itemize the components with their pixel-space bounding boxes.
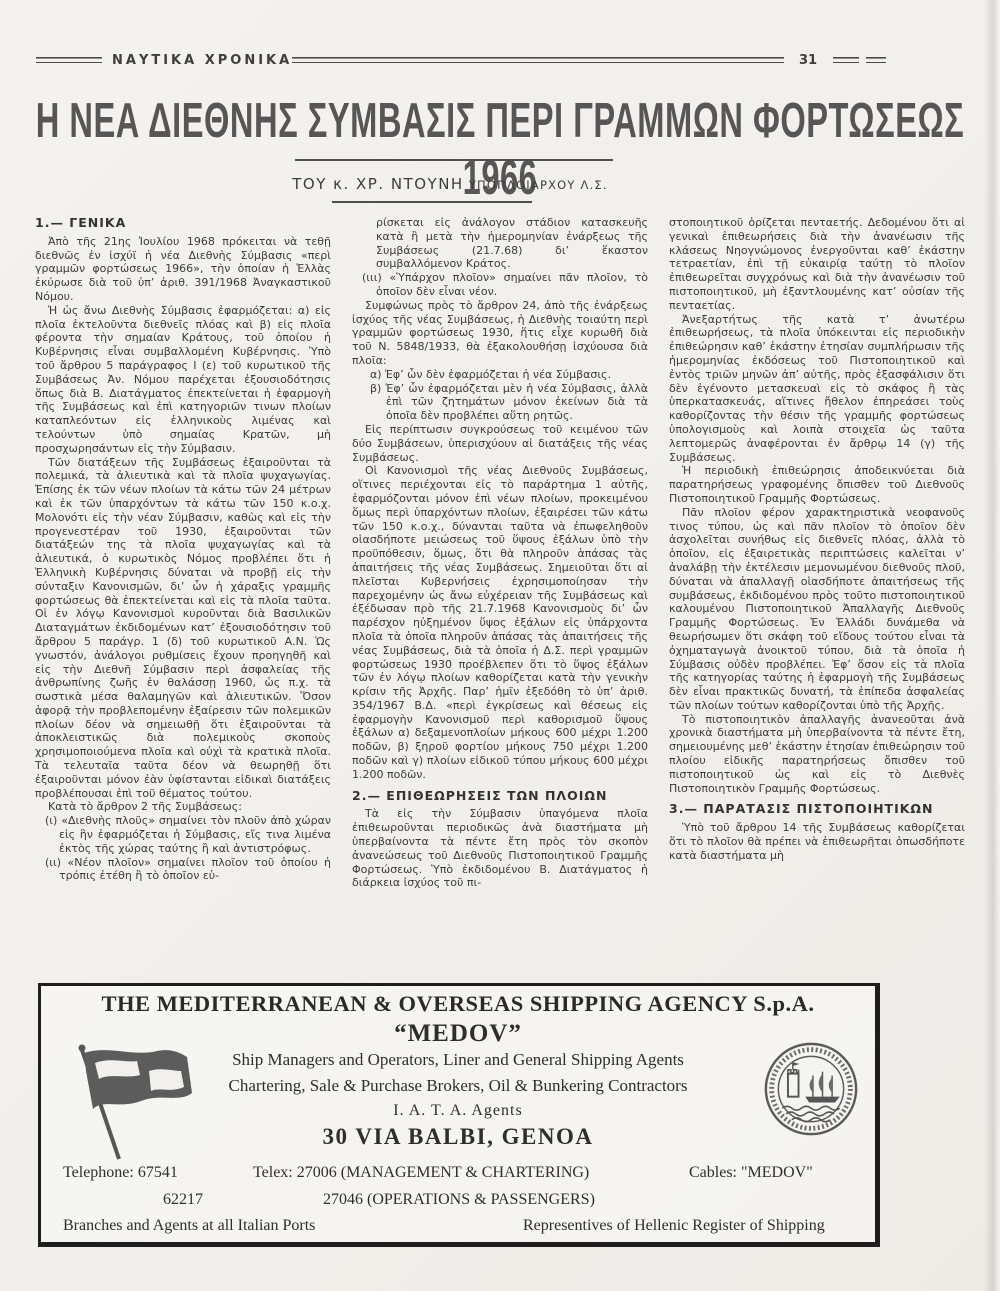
telex-block: Telex: 27006 (MANAGEMENT & CHARTERING) <box>253 1164 589 1182</box>
section-heading: 3.— ΠΑΡΑΤΑΣΙΣ ΠΙΣΤΟΠΟΙΗΤΙΚΩΝ <box>669 802 965 816</box>
telex-number-2: 27046 (OPERATIONS & PASSENGERS) <box>323 1191 595 1209</box>
section-heading: 2.— ΕΠΙΘΕΩΡΗΣΕΙΣ ΤΩΝ ΠΛΟΙΩΝ <box>352 789 648 803</box>
medov-advertisement: THE MEDITERRANEAN & OVERSEAS SHIPPING AG… <box>38 983 880 1247</box>
paragraph: (ιιι) «Ὑπάρχον πλοῖον» σημαίνει πᾶν πλοῖ… <box>352 271 648 299</box>
header-rule-right-1 <box>833 57 859 63</box>
maritime-seal-icon <box>763 1041 859 1137</box>
telephone-block: Telephone: 67541 <box>63 1164 178 1182</box>
article-column-3: στοποιητικοῦ ὁρίζεται πενταετής. Δεδομέν… <box>669 216 965 966</box>
telephone-number-1: 67541 <box>138 1164 178 1181</box>
paragraph: Ἡ περιοδικὴ ἐπιθεώρησις ἀποδεικνύεται δι… <box>669 464 965 505</box>
paragraph: (ιι) «Νέον πλοῖον» σημαίνει πλοῖον τοῦ ὁ… <box>35 856 331 884</box>
paragraph: Οἱ Κανονισμοὶ τῆς νέας Διεθνοῦς Συμβάσεω… <box>352 464 648 781</box>
article-columns: 1.— ΓΕΝΙΚΑἈπὸ τῆς 21ης Ἰουλίου 1968 πρόκ… <box>35 216 965 966</box>
paragraph: Πᾶν πλοῖον φέρον χαρακτηριστικὰ νεοφανοῦ… <box>669 506 965 713</box>
paragraph: Κατὰ τὸ ἄρθρον 2 τῆς Συμβάσεως: <box>35 800 331 814</box>
paragraph: Ὑπὸ τοῦ ἄρθρου 14 τῆς Συμβάσεως καθορίζε… <box>669 821 965 862</box>
telephone-label: Telephone: <box>63 1164 134 1181</box>
page-number: 31 <box>799 53 817 68</box>
cables-block: Cables: "MEDOV" <box>689 1164 813 1182</box>
author-name: ΤΟΥ κ. ΧΡ. ΝΤΟΥΝΗ <box>292 175 464 193</box>
byline-rule <box>332 201 532 203</box>
ad-footer-left: Branches and Agents at all Italian Ports <box>63 1217 315 1235</box>
ad-headline: THE MEDITERRANEAN & OVERSEAS SHIPPING AG… <box>41 991 875 1017</box>
cables-label: Cables: <box>689 1164 737 1181</box>
header-rule-right-2 <box>866 57 886 63</box>
telephone-number-2: 62217 <box>163 1191 203 1209</box>
paragraph: ρίσκεται εἰς ἀνάλογον στάδιον κατασκευῆς… <box>352 216 648 271</box>
telex-number-1: 27006 (MANAGEMENT & CHARTERING) <box>297 1164 590 1181</box>
paragraph: Ἀπὸ τῆς 21ης Ἰουλίου 1968 πρόκειται νὰ τ… <box>35 235 331 304</box>
paragraph: Ἡ ὡς ἄνω Διεθνὴς Σύμβασις ἐφαρμόζεται: α… <box>35 304 331 456</box>
paragraph: α) Ἐφ’ ὧν δὲν ἐφαρμόζεται ἡ νέα Σύμβασις… <box>352 368 648 382</box>
paragraph: στοποιητικοῦ ὁρίζεται πενταετής. Δεδομέν… <box>669 216 965 313</box>
paragraph: Εἰς περίπτωσιν συγκρούσεως τοῦ κειμένου … <box>352 423 648 464</box>
telex-label: Telex: <box>253 1164 293 1181</box>
house-flag-icon <box>53 1041 193 1163</box>
paragraph: (ι) «Διεθνὴς πλοῦς» σημαίνει τὸν πλοῦν ἀ… <box>35 814 331 855</box>
cables-value: "MEDOV" <box>741 1164 813 1181</box>
header-rule-middle <box>292 57 784 63</box>
author-rank: ΥΠΟΠΛΟΙΑΡΧΟΥ Λ.Σ. <box>469 178 608 192</box>
paragraph: Τῶν διατάξεων τῆς Συμβάσεως ἐξαιροῦνται … <box>35 456 331 801</box>
article-column-1: 1.— ΓΕΝΙΚΑἈπὸ τῆς 21ης Ἰουλίου 1968 πρόκ… <box>35 216 331 966</box>
ad-footer-right: Representives of Hellenic Register of Sh… <box>523 1217 825 1235</box>
byline: ΤΟΥ κ. ΧΡ. ΝΤΟΥΝΗ ΥΠΟΠΛΟΙΑΡΧΟΥ Λ.Σ. <box>0 174 900 193</box>
magazine-page: { "header": { "masthead": "ΝΑΥΤΙΚΑ ΧΡΟΝΙ… <box>0 0 1000 1291</box>
paragraph: Τὸ πιστοποιητικὸν ἀπαλλαγῆς ἀνανεοῦται ἀ… <box>669 713 965 796</box>
paragraph: Ἀνεξαρτήτως τῆς κατὰ τ’ ἀνωτέρω ἐπιθεωρή… <box>669 313 965 465</box>
paragraph: Τὰ εἰς τὴν Σύμβασιν ὑπαγόμενα πλοῖα ἐπιθ… <box>352 807 648 890</box>
masthead: ΝΑΥΤΙΚΑ ΧΡΟΝΙΚΑ <box>112 53 292 68</box>
header-rule-left <box>36 57 102 63</box>
title-rule <box>295 159 613 161</box>
paragraph: β) Ἐφ’ ὧν ἐφαρμόζεται μὲν ἡ νέα Σύμβασις… <box>352 382 648 423</box>
section-heading: 1.— ΓΕΝΙΚΑ <box>35 216 331 230</box>
paragraph: Συμφώνως πρὸς τὸ ἄρθρον 24, ἀπὸ τῆς ἐνάρ… <box>352 299 648 368</box>
article-column-2: ρίσκεται εἰς ἀνάλογον στάδιον κατασκευῆς… <box>352 216 648 966</box>
